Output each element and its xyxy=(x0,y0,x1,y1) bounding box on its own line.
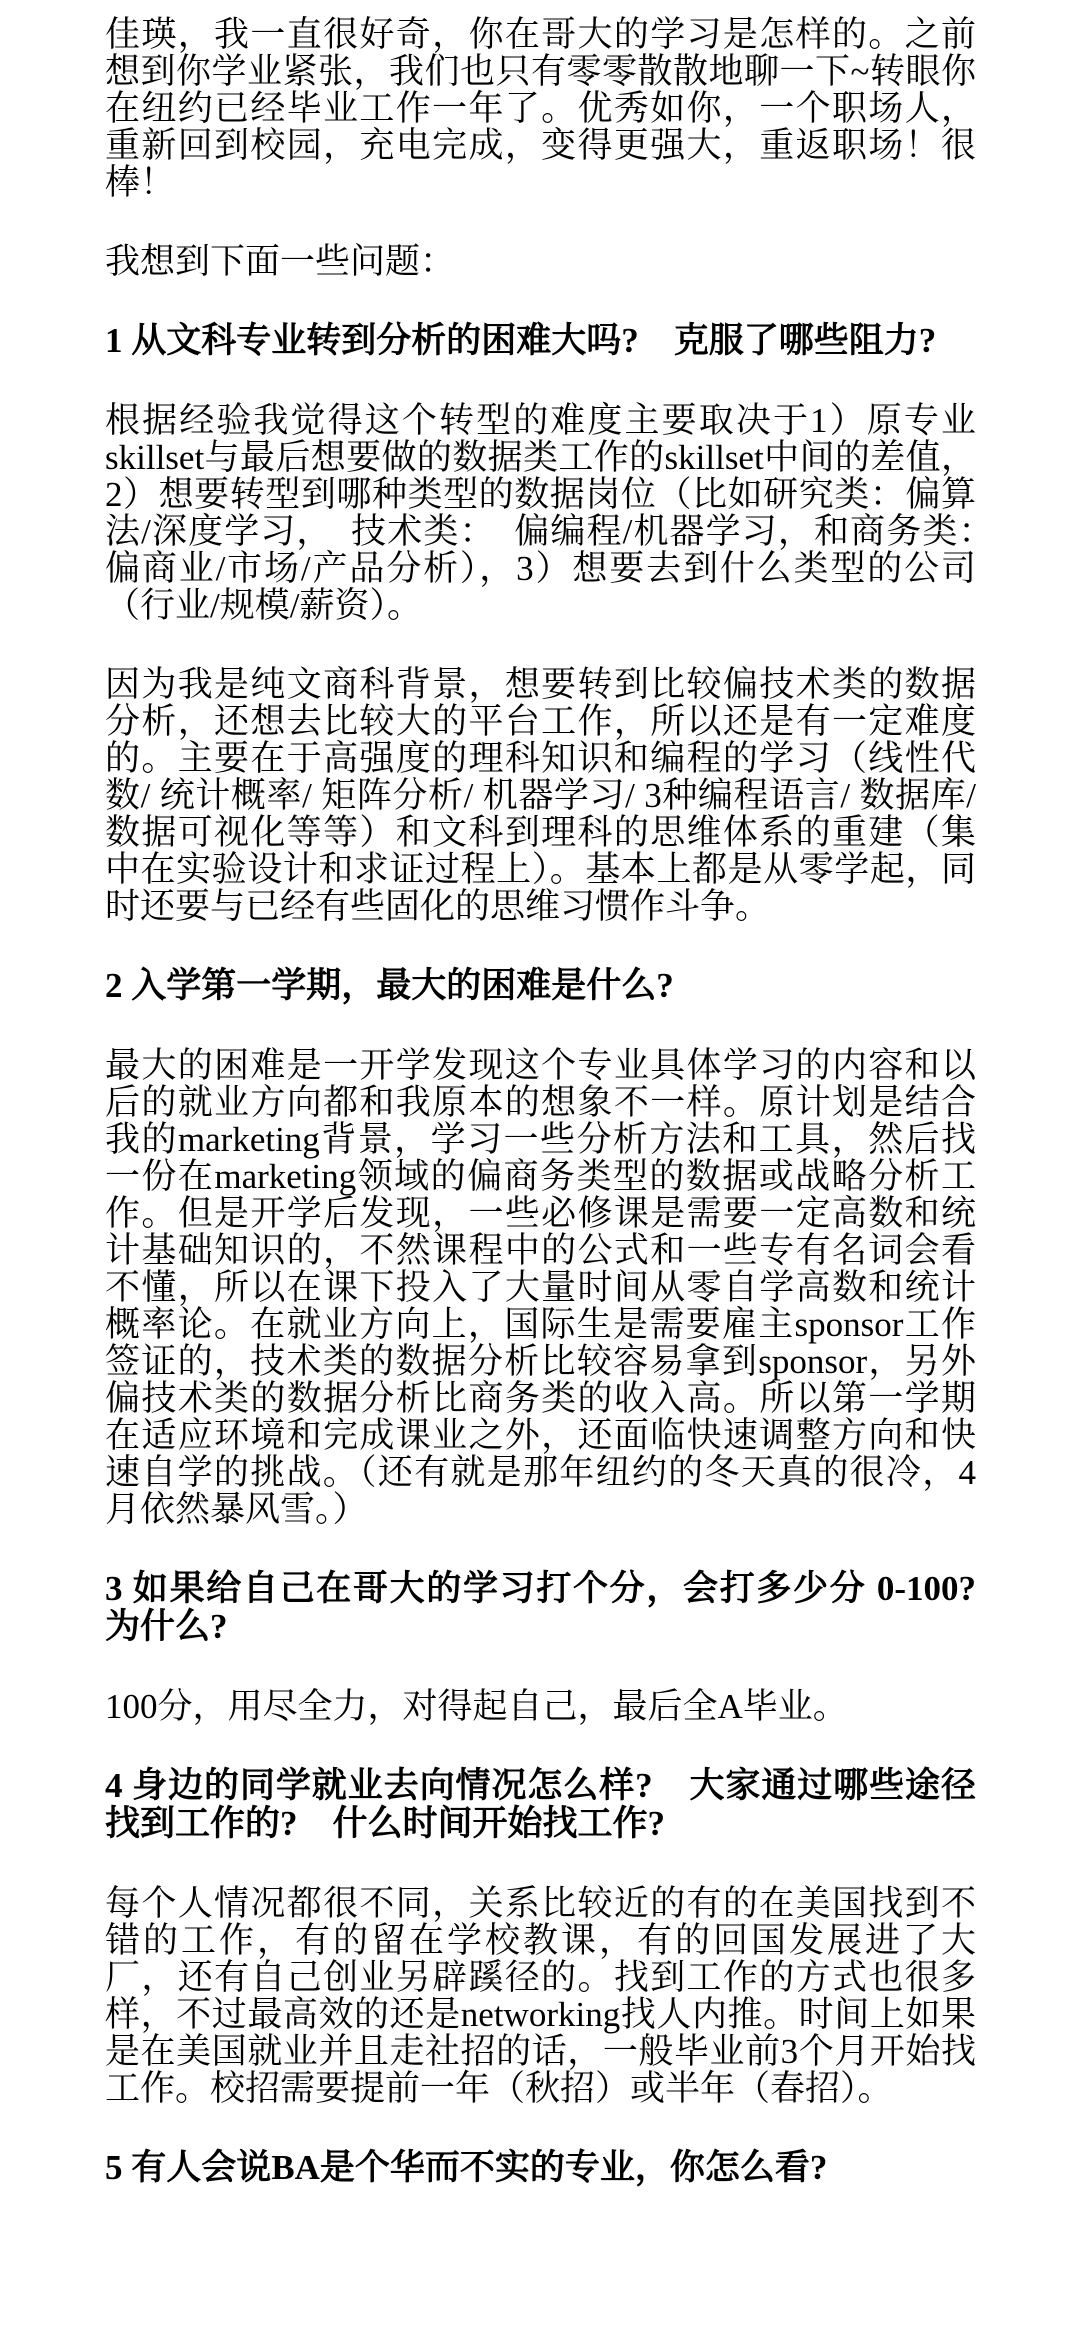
interview-article: 佳瑛，我一直很好奇，你在哥大的学习是怎样的。之前想到你学业紧张，我们也只有零零散… xyxy=(0,0,1080,2337)
question-heading-1: 1 从文科专业转到分析的困难大吗? 克服了哪些阻力? xyxy=(105,322,976,360)
question-heading-5: 5 有人会说BA是个华而不实的专业，你怎么看? xyxy=(105,2149,976,2187)
lead-paragraph: 我想到下面一些问题： xyxy=(105,243,976,280)
answer-paragraph: 每个人情况都很不同，关系比较近的有的在美国找到不错的工作，有的留在学校教课，有的… xyxy=(105,1885,976,2107)
answer-paragraph: 最大的困难是一开学发现这个专业具体学习的内容和以后的就业方向都和我原本的想象不一… xyxy=(105,1047,976,1528)
answer-paragraph: 因为我是纯文商科背景，想要转到比较偏技术类的数据分析，还想去比较大的平台工作，所… xyxy=(105,666,976,925)
answer-paragraph: 100分，用尽全力，对得起自己，最后全A毕业。 xyxy=(105,1688,976,1725)
question-heading-4: 4 身边的同学就业去向情况怎么样? 大家通过哪些途径找到工作的? 什么时间开始找… xyxy=(105,1767,976,1843)
question-heading-3: 3 如果给自己在哥大的学习打个分，会打多少分 0-100? 为什么? xyxy=(105,1570,976,1646)
answer-paragraph: 根据经验我觉得这个转型的难度主要取决于1）原专业skillset与最后想要做的数… xyxy=(105,402,976,624)
question-heading-2: 2 入学第一学期，最大的困难是什么? xyxy=(105,967,976,1005)
intro-paragraph: 佳瑛，我一直很好奇，你在哥大的学习是怎样的。之前想到你学业紧张，我们也只有零零散… xyxy=(105,16,976,201)
